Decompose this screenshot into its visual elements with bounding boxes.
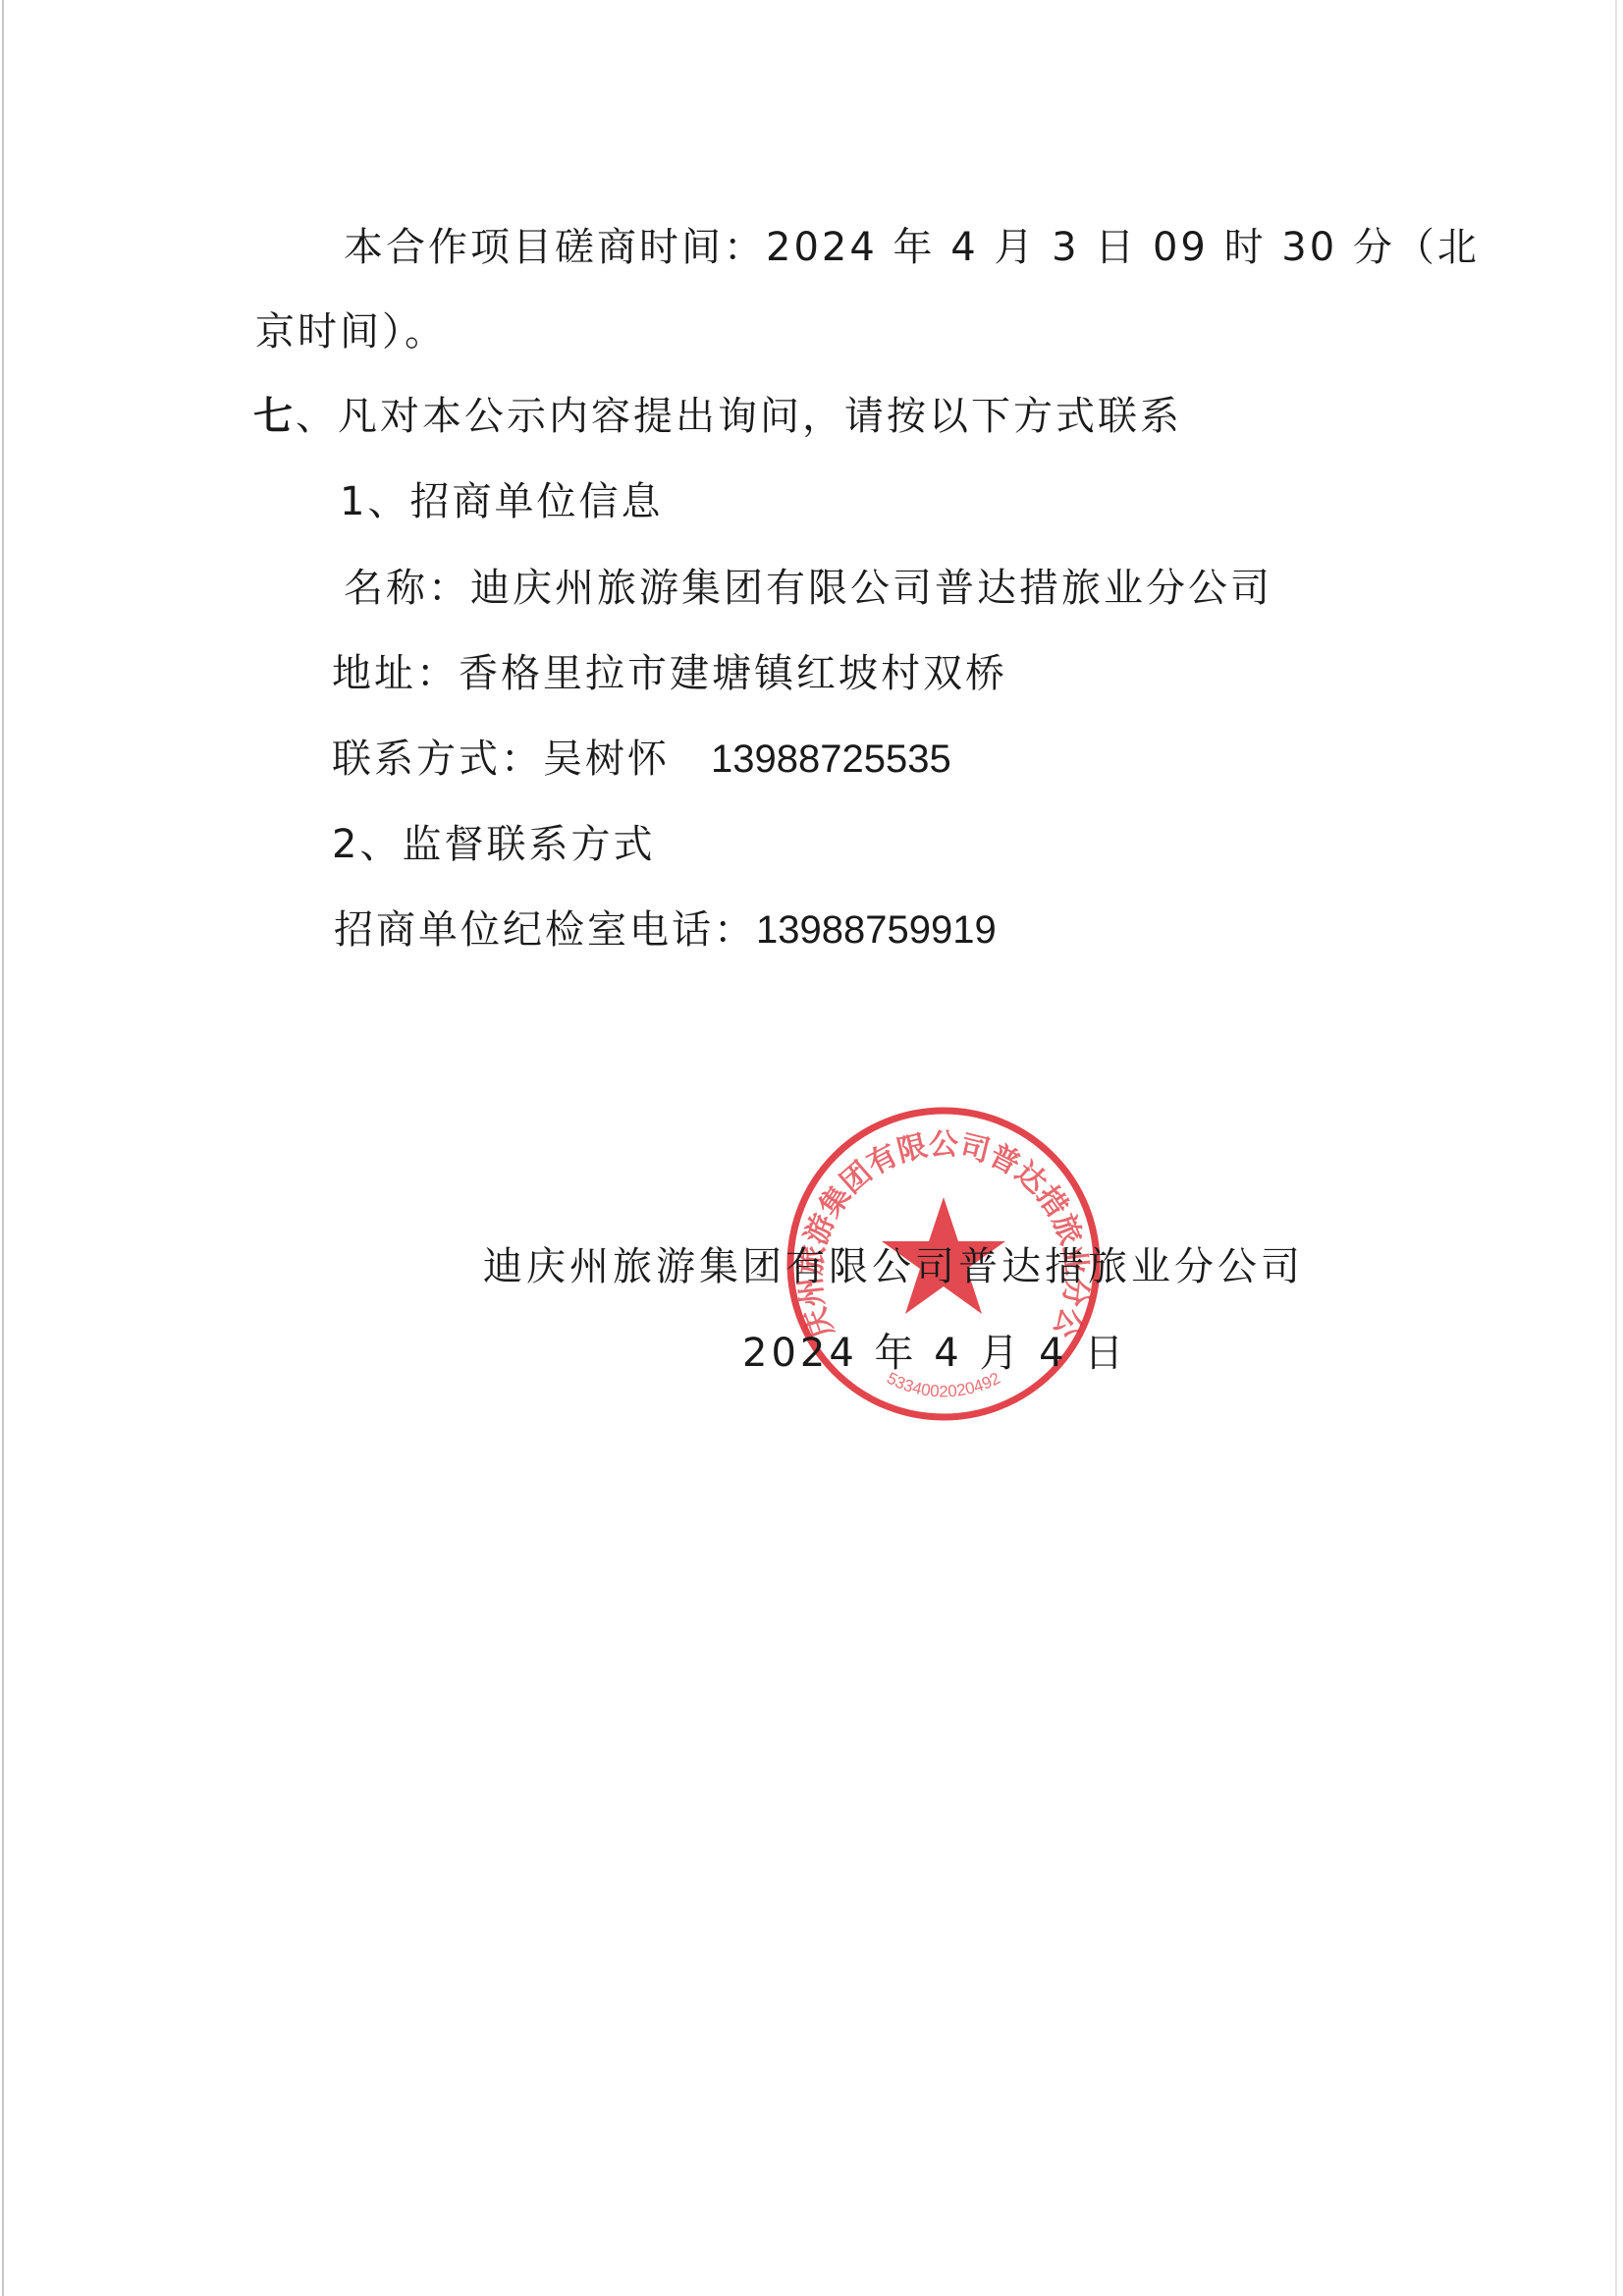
section-seven-text: 、凡对本公示内容提出询问，请按以下方式联系 bbox=[296, 394, 1182, 439]
signature-organization-text: 迪庆州旅游集团有限公司普达措旅业分公司 bbox=[483, 1244, 1304, 1289]
negotiation-time-text: 本合作项目磋商时间：2024 年 4 月 3 日 09 时 30 分（北 bbox=[344, 225, 1480, 270]
negotiation-time-line: 本合作项目磋商时间：2024 年 4 月 3 日 09 时 30 分（北 bbox=[344, 224, 1480, 271]
negotiation-time-continuation: 京时间）。 bbox=[255, 308, 447, 355]
signature-organization: 迪庆州旅游集团有限公司普达措旅业分公司 bbox=[483, 1243, 1304, 1290]
subsection-2-text: 2、监督联系方式 bbox=[332, 822, 655, 867]
contact-label: 联系方式：吴树怀 bbox=[332, 737, 670, 782]
subsection-2-heading: 2、监督联系方式 bbox=[332, 821, 655, 868]
address-line: 地址：香格里拉市建塘镇红坡村双桥 bbox=[332, 650, 1007, 697]
section-seven-heading: 七、凡对本公示内容提出询问，请按以下方式联系 bbox=[253, 393, 1182, 440]
subsection-1-text: 1、招商单位信息 bbox=[340, 479, 663, 524]
address-text: 地址：香格里拉市建塘镇红坡村双桥 bbox=[332, 651, 1007, 696]
negotiation-time-continuation-text: 京时间）。 bbox=[255, 309, 447, 355]
section-number: 七 bbox=[253, 394, 296, 439]
supervision-phone-line: 招商单位纪检室电话：13988759919 bbox=[334, 906, 997, 954]
contact-phone: 13988725535 bbox=[711, 738, 951, 781]
org-name-line: 名称：迪庆州旅游集团有限公司普达措旅业分公司 bbox=[344, 565, 1272, 612]
supervision-phone-label: 招商单位纪检室电话： bbox=[334, 907, 756, 953]
scan-edge-left bbox=[2, 0, 4, 2296]
signature-date-text: 2024 年 4 月 4 日 bbox=[742, 1331, 1127, 1376]
contact-line: 联系方式：吴树怀13988725535 bbox=[332, 736, 951, 783]
org-name-text: 名称：迪庆州旅游集团有限公司普达措旅业分公司 bbox=[344, 566, 1272, 611]
scan-edge-right bbox=[1615, 0, 1617, 2296]
subsection-1-heading: 1、招商单位信息 bbox=[340, 478, 663, 525]
supervision-phone: 13988759919 bbox=[756, 908, 997, 952]
signature-date: 2024 年 4 月 4 日 bbox=[742, 1330, 1127, 1377]
